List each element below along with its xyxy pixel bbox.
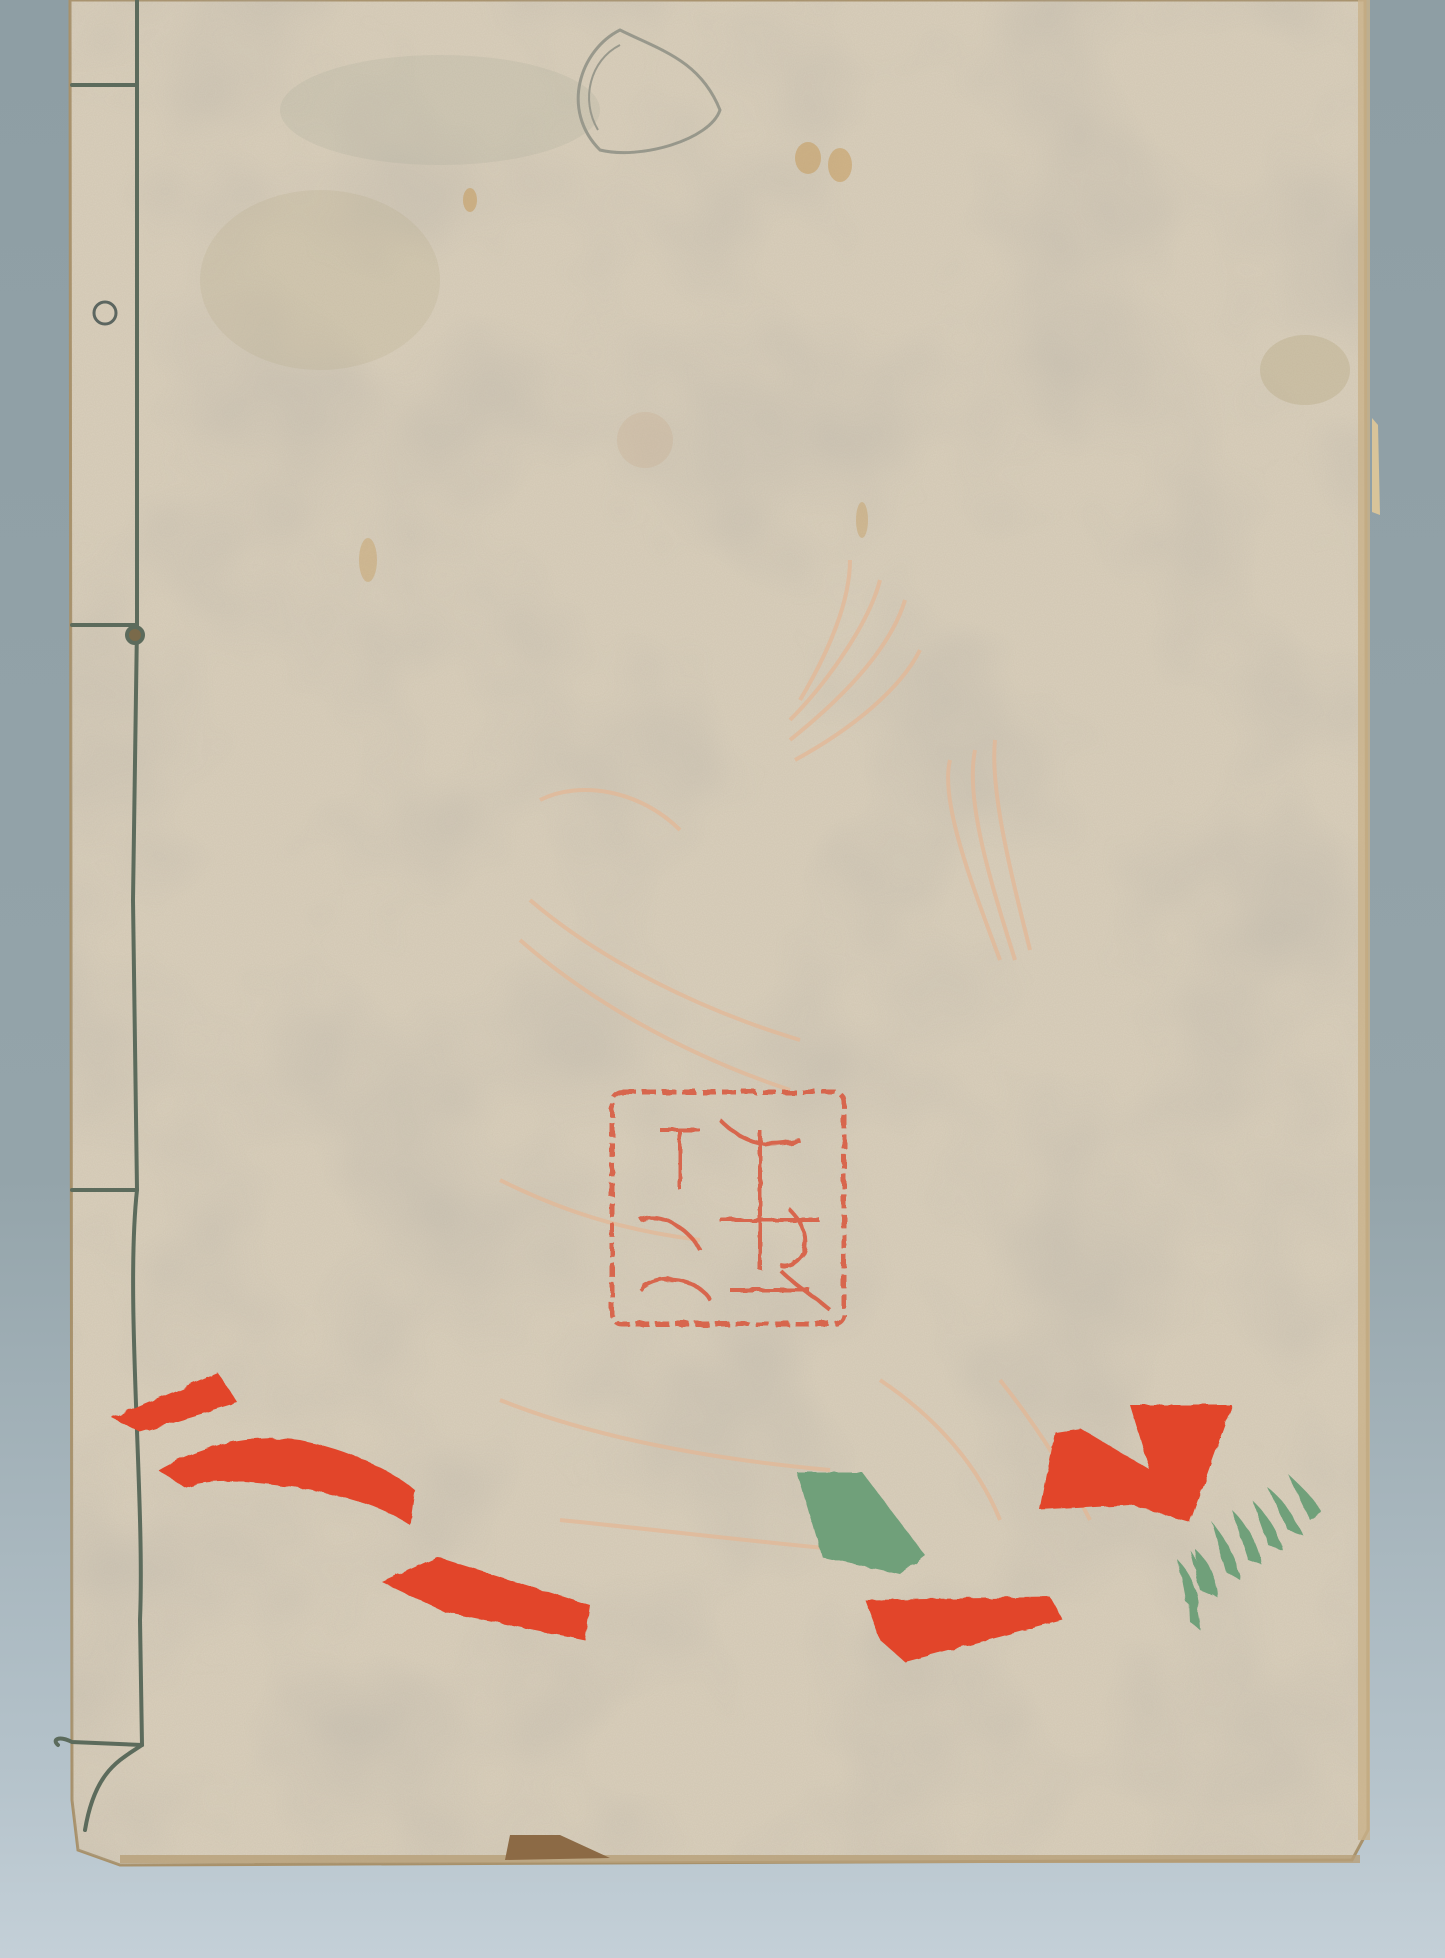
book-cover-illustration — [0, 0, 1445, 1958]
book-cover-photo — [0, 0, 1445, 1958]
protruding-page-strip — [1372, 418, 1380, 515]
